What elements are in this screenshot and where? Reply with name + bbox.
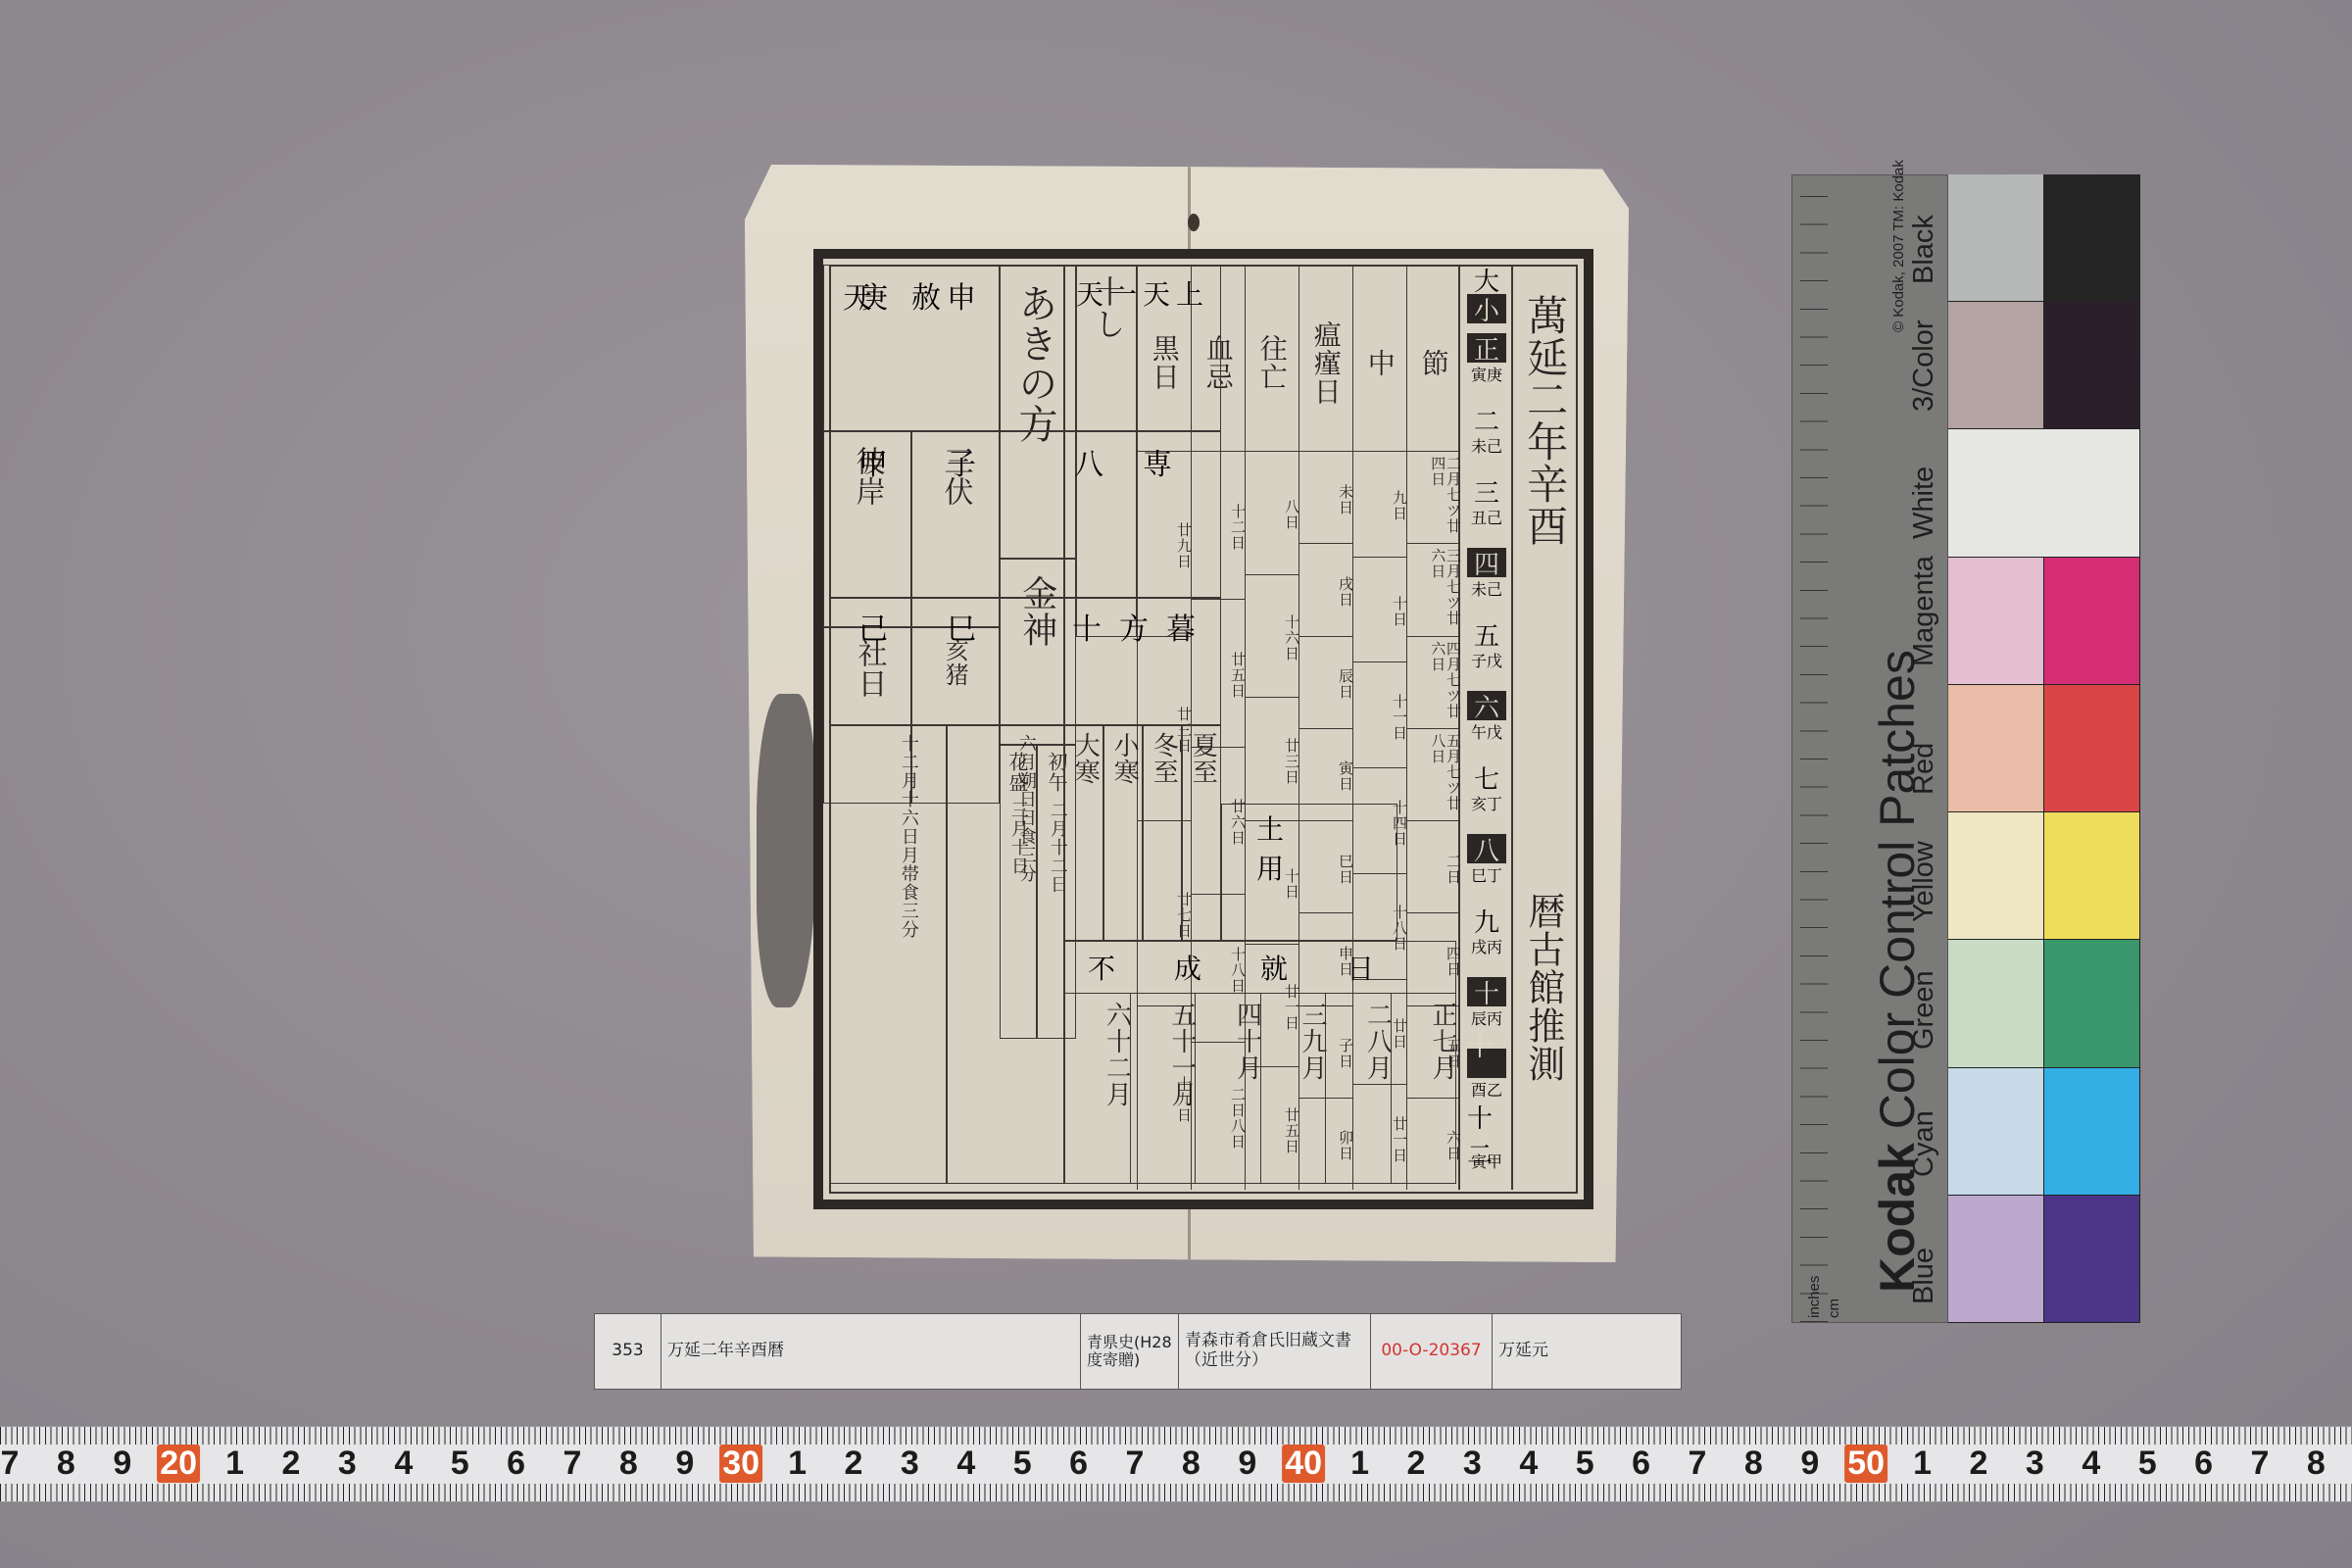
patch-label: Cyan [1908, 1111, 1940, 1178]
month-number: 八 [1467, 834, 1506, 863]
geshi-box: 夏至 [1182, 725, 1221, 941]
month-kanshi: 未己 [1471, 434, 1502, 457]
month-number: 四 [1467, 548, 1506, 577]
patch-row-black [1948, 174, 2140, 302]
month-block: 九戌丙 [1460, 896, 1513, 967]
color-patch [2044, 1068, 2140, 1195]
patch-label: Yellow [1908, 841, 1940, 922]
tape-number: 3 [2026, 1445, 2044, 1483]
month-block: 八巳丁 [1460, 824, 1513, 896]
tape-number: 30 [719, 1445, 762, 1483]
inches-label: inches [1806, 1276, 1823, 1318]
month-number: 七 [1467, 762, 1506, 792]
tape-number: 8 [619, 1445, 638, 1483]
calendar-document: 萬延二年辛酉 暦古館推測 大 小 正寅庚二未己三丑己四未己五子戊六午戊七亥丁八巳… [745, 165, 1629, 1262]
color-patch [1948, 1196, 2044, 1322]
color-patch [2044, 812, 2140, 939]
month-number: 十一 [1467, 1049, 1506, 1078]
daikan-box: 大寒 [1064, 725, 1103, 941]
tape-number: 1 [1913, 1445, 1932, 1483]
month-number: 九 [1467, 906, 1506, 935]
color-patch [1948, 429, 2140, 556]
size-mark-small: 小 [1467, 294, 1506, 323]
month-block: 六午戊 [1460, 681, 1513, 753]
color-patch [1948, 302, 2044, 428]
patch-row-green [1948, 940, 2140, 1067]
month-number: 正 [1467, 333, 1506, 363]
kodak-copyright: © Kodak, 2007 TM: Kodak [1890, 160, 1907, 332]
month-number: 二 [1467, 405, 1506, 434]
calendar-frame: 萬延二年辛酉 暦古館推測 大 小 正寅庚二未己三丑己四未己五子戊六午戊七亥丁八巳… [813, 249, 1593, 1209]
month-kanshi: 巳丁 [1471, 863, 1502, 886]
patch-label: Black [1908, 215, 1940, 284]
catalog-source: 青県史(H28度寄贈) [1081, 1314, 1179, 1389]
color-patch [1948, 558, 2044, 684]
kasshi-box: 甲子 [829, 431, 1064, 598]
color-patch [1948, 174, 2044, 301]
patch-label: Red [1908, 742, 1940, 794]
patch-label: Blue [1908, 1248, 1940, 1304]
tape-number: 20 [157, 1445, 200, 1483]
catalog-title: 万延二年辛酉暦 [661, 1314, 1081, 1389]
patch-row-yellow [1948, 812, 2140, 940]
color-patch [1948, 1068, 2044, 1195]
tape-number: 8 [2307, 1445, 2326, 1483]
month-block: 七亥丁 [1460, 753, 1513, 824]
tape-number: 1 [788, 1445, 807, 1483]
tape-number: 9 [1800, 1445, 1819, 1483]
tape-number: 6 [1069, 1445, 1088, 1483]
doyo-box: 土用 [1221, 804, 1397, 941]
month-kanshi: 子戊 [1471, 649, 1502, 671]
title-column: 萬延二年辛酉 暦古館推測 [1511, 265, 1578, 1190]
patch-label: 3/Color [1908, 319, 1940, 412]
catalog-id: 00-O-20367 [1371, 1314, 1493, 1389]
patch-row-white [1948, 429, 2140, 557]
patch-label: Green [1908, 970, 1940, 1050]
tape-number: 40 [1282, 1445, 1325, 1483]
color-patches [1948, 174, 2140, 1323]
calendar-title: 萬延二年辛酉 [1523, 294, 1566, 547]
tape-number: 8 [57, 1445, 75, 1483]
patch-row-3-color [1948, 302, 2140, 429]
tape-number: 4 [1519, 1445, 1538, 1483]
tape-number: 9 [1238, 1445, 1256, 1483]
tape-number: 7 [563, 1445, 582, 1483]
tape-ticks-top [0, 1427, 2352, 1445]
tape-number: 7 [1689, 1445, 1707, 1483]
month-number: 六 [1467, 691, 1506, 720]
tape-number: 6 [507, 1445, 525, 1483]
kodak-color-card: inches cm Kodak Color Control Patches © … [1791, 174, 2140, 1323]
month-block: 二未己 [1460, 395, 1513, 466]
tape-number: 5 [451, 1445, 469, 1483]
publisher: 暦古館推測 [1523, 892, 1562, 1083]
tape-number: 6 [1632, 1445, 1650, 1483]
catalog-era: 万延元 [1493, 1314, 1681, 1389]
hassen-box: 八専 [1064, 431, 1221, 598]
cm-label: cm [1826, 1298, 1842, 1318]
color-patch [2044, 302, 2140, 428]
tape-numbers: 7892012345678930123456789401234567895012… [0, 1445, 2352, 1484]
color-patch [2044, 174, 2140, 301]
color-patch [2044, 940, 2140, 1066]
color-patch [2044, 558, 2140, 684]
month-block: 五子戊 [1460, 610, 1513, 681]
patch-label: White [1908, 466, 1940, 539]
patch-label: Magenta [1908, 556, 1940, 666]
tape-number: 4 [956, 1445, 975, 1483]
month-kanshi: 午戊 [1471, 720, 1502, 743]
koshin-box: 庚申 [829, 265, 1064, 431]
tape-number: 9 [113, 1445, 131, 1483]
tape-number: 7 [1, 1445, 20, 1483]
tape-number: 4 [2082, 1445, 2100, 1483]
month-kanshi: 戌丙 [1471, 935, 1502, 957]
tape-number: 2 [845, 1445, 863, 1483]
tape-ticks-bottom [0, 1484, 2352, 1501]
tape-number: 5 [1013, 1445, 1032, 1483]
tape-number: 8 [1182, 1445, 1200, 1483]
solar-eclipse-note: 六月朔日日食三分 [947, 725, 1064, 1184]
month-kanshi: 亥丁 [1471, 792, 1502, 814]
tape-number: 50 [1844, 1445, 1887, 1483]
patch-row-red [1948, 685, 2140, 812]
month-kanshi: 丑己 [1471, 506, 1502, 528]
tape-number: 5 [2138, 1445, 2157, 1483]
tape-number: 3 [1463, 1445, 1482, 1483]
toji-box: 冬至 [1143, 725, 1182, 941]
water-stain [757, 694, 815, 1007]
tape-number: 9 [675, 1445, 694, 1483]
month-number: 十二 [1467, 1120, 1506, 1150]
jippogure-box: 十方暮 [1064, 598, 1221, 725]
ink-spot [1188, 214, 1200, 231]
color-patch [2044, 685, 2140, 811]
shokan-box: 小寒 [1103, 725, 1143, 941]
catalog-number: 353 [595, 1314, 661, 1389]
month-kanshi: 酉乙 [1471, 1078, 1502, 1101]
lunar-eclipse-note: 十二月十六日月帯食三分 [829, 725, 947, 1184]
catalog-label: 353 万延二年辛酉暦 青県史(H28度寄贈) 青森市肴倉氏旧蔵文書（近世分） … [594, 1313, 1682, 1390]
patch-row-magenta [1948, 558, 2140, 685]
tape-number: 8 [1744, 1445, 1763, 1483]
tape-number: 7 [1126, 1445, 1145, 1483]
tsuchinotomi-box: 己巳 [829, 598, 1064, 725]
month-kanshi: 寅甲 [1471, 1150, 1502, 1172]
tape-number: 2 [282, 1445, 301, 1483]
color-patch [1948, 940, 2044, 1066]
month-number: 十 [1467, 977, 1506, 1006]
inch-ticks [1800, 175, 1828, 1322]
catalog-collection: 青森市肴倉氏旧蔵文書（近世分） [1179, 1314, 1371, 1389]
color-patch [2044, 1196, 2140, 1322]
month-number: 五 [1467, 619, 1506, 649]
tape-number: 5 [1576, 1445, 1594, 1483]
tape-number: 1 [1350, 1445, 1369, 1483]
tape-number: 3 [338, 1445, 357, 1483]
patch-row-cyan [1948, 1068, 2140, 1196]
month-block: 三丑己 [1460, 466, 1513, 538]
month-kanshi: 辰丙 [1471, 1006, 1502, 1029]
tape-number: 6 [2194, 1445, 2213, 1483]
month-block: 十二寅甲 [1460, 1110, 1513, 1182]
tape-number: 2 [1407, 1445, 1426, 1483]
tape-number: 2 [1970, 1445, 1988, 1483]
tape-number: 4 [394, 1445, 413, 1483]
month-block: 正寅庚 [1460, 323, 1513, 395]
month-block: 四未己 [1460, 538, 1513, 610]
month-kanshi: 寅庚 [1471, 363, 1502, 385]
tape-number: 1 [225, 1445, 244, 1483]
color-patch [1948, 685, 2044, 811]
month-number: 三 [1467, 476, 1506, 506]
tape-number: 3 [901, 1445, 919, 1483]
fujoju-box: 不成就日 正七月 二八月 三九月 四十月 五十一月 六十二月 [1064, 941, 1456, 1184]
measuring-tape: 7892012345678930123456789401234567895012… [0, 1426, 2352, 1502]
month-column: 大 小 正寅庚二未己三丑己四未己五子戊六午戊七亥丁八巳丁九戌丙十辰丙十一酉乙十二… [1458, 265, 1513, 1190]
tenichitenjo-box: 天一天上 [1064, 265, 1221, 431]
size-mark-large: 大 [1467, 265, 1506, 294]
color-patch [1948, 812, 2044, 939]
patch-row-blue [1948, 1196, 2140, 1323]
month-kanshi: 未己 [1471, 577, 1502, 600]
tape-number: 7 [2251, 1445, 2270, 1483]
kodak-ruler: inches cm Kodak Color Control Patches © … [1791, 174, 1948, 1323]
